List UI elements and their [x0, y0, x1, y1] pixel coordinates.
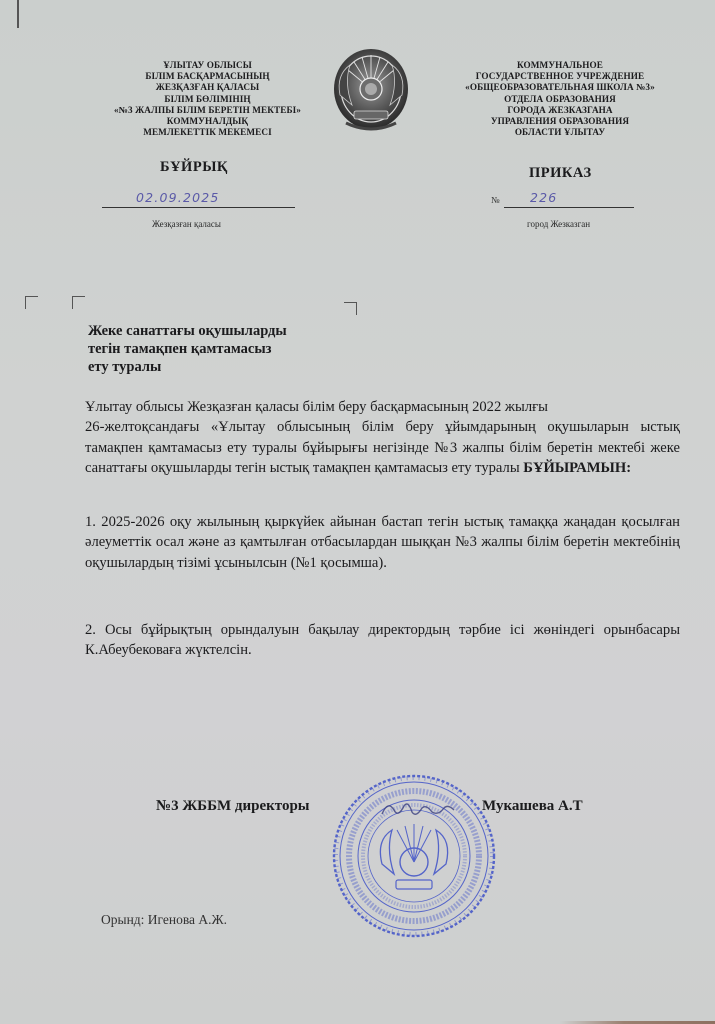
state-emblem-kazakhstan-icon [332, 45, 410, 137]
document-page: ҰЛЫТАУ ОБЛЫСЫ БІЛІМ БАСҚАРМАСЫНЫҢ ЖЕЗҚАЗ… [0, 0, 715, 1024]
title-line: тегін тамақпен қамтамасыз [88, 340, 368, 358]
header-right-line: ГОРОДА ЖЕЗКАЗГАНА [440, 105, 680, 116]
order-item-2: 2. Осы бұйрықтың орындалуын бақылау дире… [85, 620, 680, 661]
order-keyword: БҰЙЫРАМЫН: [523, 460, 631, 476]
preamble-paragraph: Ұлытау облысы Жезқазған қаласы білім бер… [85, 397, 680, 479]
signature-icon [378, 796, 458, 824]
city-kz: Жезқазған қаласы [152, 219, 221, 229]
corner-mark [344, 302, 357, 315]
city-ru: город Жезказган [527, 219, 590, 229]
title-line: Жеке санаттағы оқушыларды [88, 322, 368, 340]
header-left-line: БІЛІМ БАСҚАРМАСЫНЫҢ [85, 71, 330, 82]
doc-type-ru: ПРИКАЗ [529, 165, 592, 182]
header-right-line: УПРАВЛЕНИЯ ОБРАЗОВАНИЯ [440, 116, 680, 127]
signatory-name: Мукашева А.Т [482, 798, 583, 815]
header-left-line: ЖЕЗҚАЗҒАН ҚАЛАСЫ [85, 82, 330, 93]
number-value: 226 [530, 190, 557, 205]
header-right-line: ОБЛАСТИ ҰЛЫТАУ [440, 127, 680, 138]
header-right-line: ГОСУДАРСТВЕННОЕ УЧРЕЖДЕНИЕ [440, 71, 680, 82]
order-item-1: 1. 2025-2026 оқу жылының қыркүйек айынан… [85, 512, 680, 573]
header-left-kz: ҰЛЫТАУ ОБЛЫСЫ БІЛІМ БАСҚАРМАСЫНЫҢ ЖЕЗҚАЗ… [85, 60, 330, 138]
page-edge-mark [17, 0, 19, 28]
signatory-title: №3 ЖББМ директоры [156, 798, 310, 815]
order-title: Жеке санаттағы оқушыларды тегін тамақпен… [88, 322, 368, 376]
header-right-line: КОММУНАЛЬНОЕ [440, 60, 680, 71]
date-value: 02.09.2025 [136, 190, 220, 205]
header-right-line: «ОБЩЕОБРАЗОВАТЕЛЬНАЯ ШКОЛА №3» [440, 82, 680, 93]
header-left-line: ҰЛЫТАУ ОБЛЫСЫ [85, 60, 330, 71]
corner-mark [25, 296, 38, 309]
header-left-line: БІЛІМ БӨЛІМІНІҢ [85, 94, 330, 105]
number-label: № [491, 195, 500, 205]
header-left-line: «№3 ЖАЛПЫ БІЛІМ БЕРЕТІН МЕКТЕБІ» [85, 105, 330, 116]
header-right-ru: КОММУНАЛЬНОЕ ГОСУДАРСТВЕННОЕ УЧРЕЖДЕНИЕ … [440, 60, 680, 138]
header-right-line: ОТДЕЛА ОБРАЗОВАНИЯ [440, 94, 680, 105]
header-left-line: МЕМЛЕКЕТТІК МЕКЕМЕСІ [85, 127, 330, 138]
number-field [504, 189, 634, 208]
title-line: ету туралы [88, 358, 368, 376]
executor-note: Орынд: Игенова А.Ж. [101, 912, 227, 928]
doc-type-kz: БҰЙРЫҚ [160, 159, 228, 176]
header-left-line: КОММУНАЛДЫҚ [85, 116, 330, 127]
preamble-first-line: Ұлытау облысы Жезқазған қаласы білім бер… [85, 397, 680, 417]
corner-mark [72, 296, 85, 309]
